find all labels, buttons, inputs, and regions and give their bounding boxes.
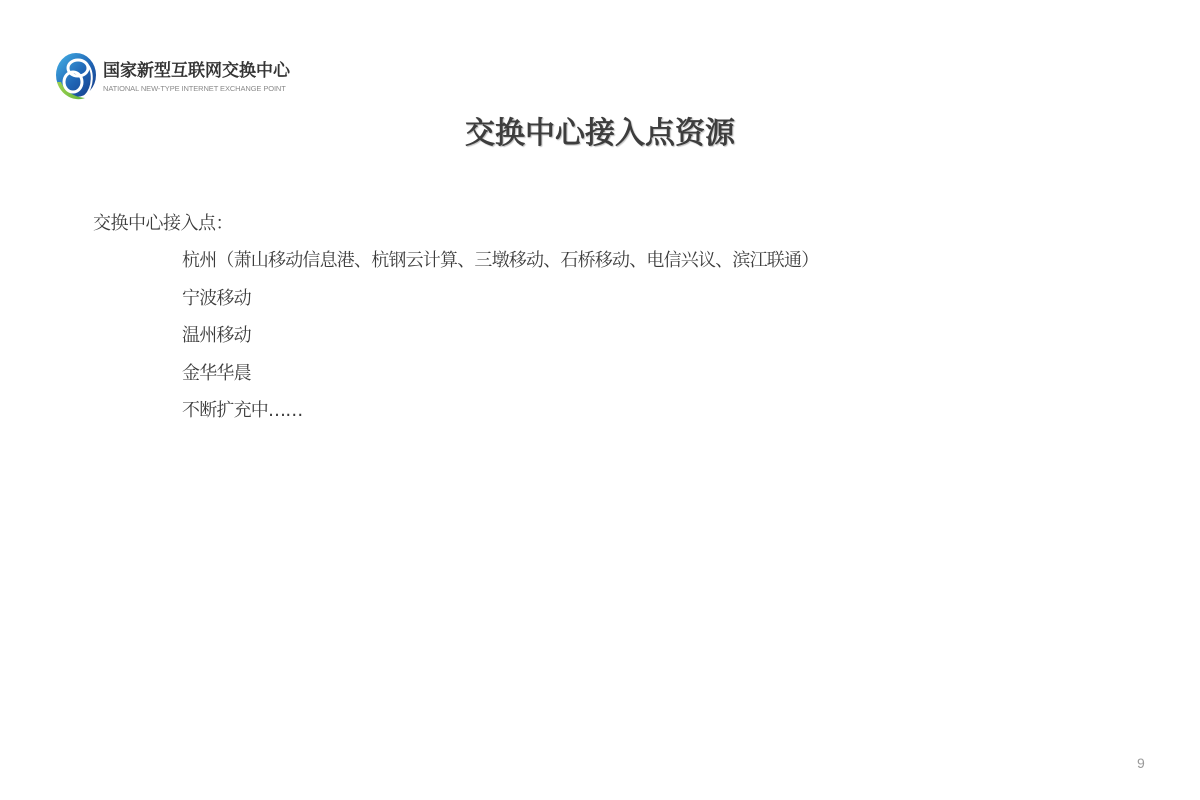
nnix-globe-logo-icon bbox=[55, 52, 97, 102]
list-item: 不断扩充中…… bbox=[182, 392, 818, 430]
section-label: 交换中心接入点： bbox=[93, 210, 818, 238]
slide: 国家新型互联网交换中心 NATIONAL NEW-TYPE INTERNET E… bbox=[0, 0, 1200, 800]
list-item: 金华华晨 bbox=[182, 355, 818, 393]
list-item: 温州移动 bbox=[182, 317, 818, 355]
slide-content: 交换中心接入点： 杭州（萧山移动信息港、杭钢云计算、三墩移动、石桥移动、电信兴议… bbox=[93, 210, 818, 430]
logo-text: 国家新型互联网交换中心 NATIONAL NEW-TYPE INTERNET E… bbox=[103, 61, 290, 94]
page-number: 9 bbox=[1137, 755, 1145, 771]
logo-name-en: NATIONAL NEW-TYPE INTERNET EXCHANGE POIN… bbox=[103, 84, 290, 94]
access-point-list: 杭州（萧山移动信息港、杭钢云计算、三墩移动、石桥移动、电信兴议、滨江联通） 宁波… bbox=[93, 242, 818, 430]
list-item: 杭州（萧山移动信息港、杭钢云计算、三墩移动、石桥移动、电信兴议、滨江联通） bbox=[182, 242, 818, 280]
logo-name-cn: 国家新型互联网交换中心 bbox=[103, 61, 290, 81]
logo: 国家新型互联网交换中心 NATIONAL NEW-TYPE INTERNET E… bbox=[55, 52, 290, 102]
page-title: 交换中心接入点资源 bbox=[0, 108, 1200, 152]
list-item: 宁波移动 bbox=[182, 280, 818, 318]
